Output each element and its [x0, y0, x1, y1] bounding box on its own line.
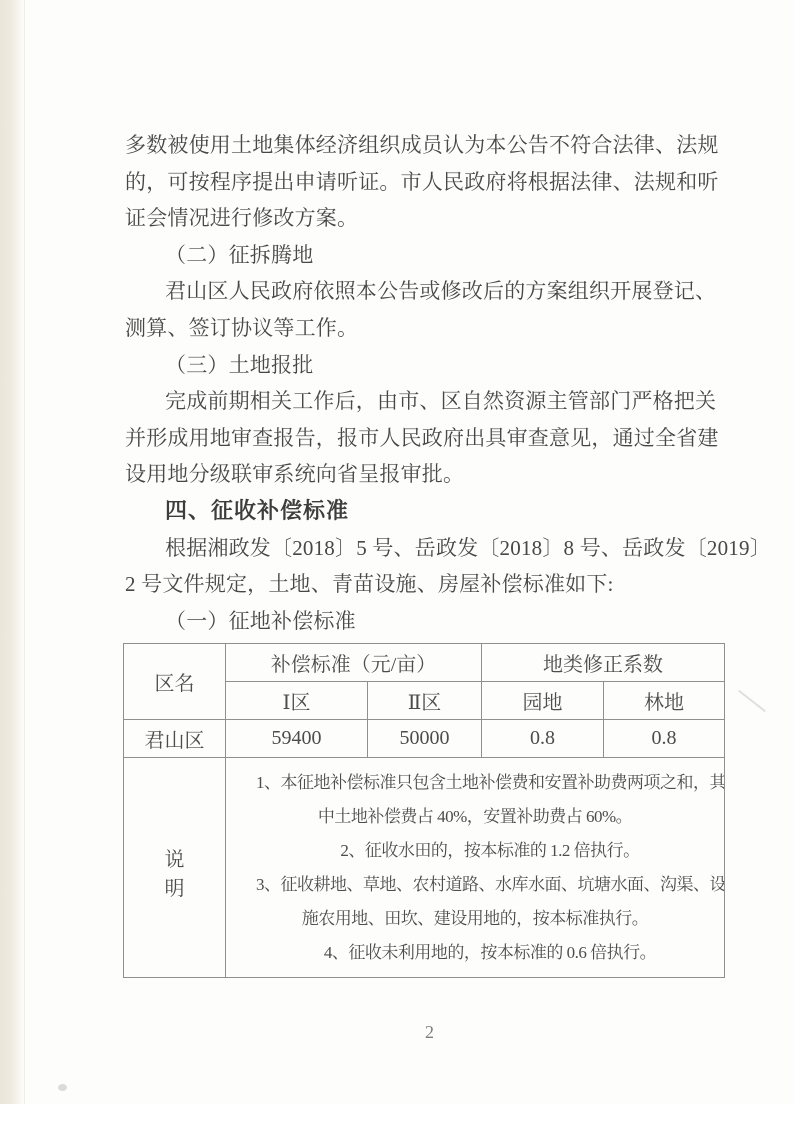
cell-region: 君山区 — [124, 720, 226, 758]
cell-zone1-value: 59400 — [226, 720, 368, 758]
notes-label-cell: 说 明 — [124, 758, 226, 978]
note-line: 施农用地、田坎、建设用地的，按本标准执行。 — [226, 902, 724, 936]
scan-artifact — [58, 1084, 67, 1091]
body-line: 根据湘政发〔2018〕5 号、岳政发〔2018〕8 号、岳政发〔2019〕 — [125, 530, 725, 567]
body-line: 多数被使用土地集体经济组织成员认为本公告不符合法律、法规 — [125, 127, 725, 164]
body-line: 君山区人民政府依照本公告或修改后的方案组织开展登记、 — [125, 273, 725, 310]
note-line: 2、征收水田的，按本标准的 1.2 倍执行。 — [226, 834, 724, 868]
page-number: 2 — [398, 1022, 462, 1043]
body-text: 多数被使用土地集体经济组织成员认为本公告不符合法律、法规 的，可按程序提出申请听… — [125, 127, 725, 639]
notes-label-bottom: 明 — [165, 872, 185, 901]
note-line: 中土地补偿费占 40%，安置补助费占 60%。 — [226, 800, 724, 834]
header-region-name: 区名 — [124, 644, 226, 720]
body-line: 的，可按程序提出申请听证。市人民政府将根据法律、法规和听 — [125, 164, 725, 201]
header-compensation-standard: 补偿标准（元/亩） — [226, 644, 482, 682]
table-row: 君山区 59400 50000 0.8 0.8 — [124, 720, 725, 758]
subsection-heading-1: （一）征地补偿标准 — [125, 603, 725, 640]
cell-garden-coefficient: 0.8 — [482, 720, 604, 758]
body-line: 证会情况进行修改方案。 — [125, 200, 725, 237]
body-line: 设用地分级联审系统向省呈报审批。 — [125, 456, 725, 493]
body-line: 并形成用地审查报告，报市人民政府出具审查意见，通过全省建 — [125, 420, 725, 457]
notes-label-top: 说 — [165, 843, 185, 872]
scan-edge-strip — [0, 0, 25, 1104]
section-heading-4: 四、征收补偿标准 — [125, 493, 725, 530]
header-garden-land: 园地 — [482, 682, 604, 720]
document-page: 多数被使用土地集体经济组织成员认为本公告不符合法律、法规 的，可按程序提出申请听… — [0, 0, 794, 1104]
body-line: 2 号文件规定，土地、青苗设施、房屋补偿标准如下: — [125, 566, 725, 603]
body-line: 测算、签订协议等工作。 — [125, 310, 725, 347]
note-line: 3、征收耕地、草地、农村道路、水库水面、坑塘水面、沟渠、设 — [226, 868, 724, 902]
header-forest-land: 林地 — [604, 682, 725, 720]
compensation-table: 区名 补偿标准（元/亩） 地类修正系数 Ⅰ区 Ⅱ区 园地 林地 君山区 5940… — [123, 643, 725, 978]
header-zone-2: Ⅱ区 — [368, 682, 482, 720]
notes-cell: 1、本征地补偿标准只包含土地补偿费和安置补助费两项之和，其 中土地补偿费占 40… — [226, 758, 725, 978]
note-line: 4、征收未利用地的，按本标准的 0.6 倍执行。 — [226, 936, 724, 970]
note-line: 1、本征地补偿标准只包含土地补偿费和安置补助费两项之和，其 — [226, 766, 724, 800]
header-land-coefficient: 地类修正系数 — [482, 644, 725, 682]
cell-zone2-value: 50000 — [368, 720, 482, 758]
subsection-heading-2: （二）征拆腾地 — [125, 237, 725, 274]
header-zone-1: Ⅰ区 — [226, 682, 368, 720]
scan-artifact — [738, 690, 766, 713]
cell-forest-coefficient: 0.8 — [604, 720, 725, 758]
subsection-heading-3: （三）土地报批 — [125, 347, 725, 384]
body-line: 完成前期相关工作后，由市、区自然资源主管部门严格把关 — [125, 383, 725, 420]
